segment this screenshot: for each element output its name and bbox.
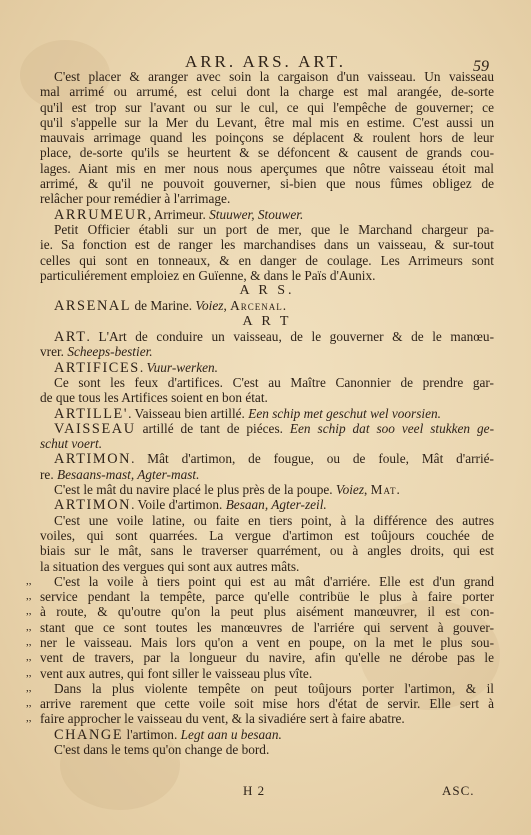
line-text: lages. Aiant mis en mer nous nous aperçu… [40,161,494,176]
entry-headword-line: ARRUMEUR, Arrimeur. Stuuwer, Stouwer. [40,207,494,222]
line-text: particuliérement emploiez en Guïenne, & … [40,268,375,283]
text-line: ,,C'est la voile à tiers point qui est a… [40,574,494,589]
text-line: lages. Aiant mis en mer nous nous aperçu… [40,161,494,176]
text-line: ,,vent aux autres, qui font siller le va… [40,666,494,681]
section-heading: A R T [40,314,494,329]
book-page: ARR. ARS. ART. 59 C'est placer & aranger… [0,0,531,835]
line-text: à route, & qu'outre qu'on la peut plus a… [40,604,494,619]
text-line: ,,service pendant la tempête, parce qu'e… [40,589,494,604]
quotation-mark: ,, [26,650,32,665]
line-text: C'est placer & aranger avec soin la carg… [54,69,494,84]
line-text: l'artimon. [123,727,180,742]
quotation-mark: ,, [26,696,32,711]
line-text: Ce sont les feux d'artifices. C'est au M… [54,375,494,390]
dutch-translation: Scheeps-bestier. [67,344,152,359]
text-line: mauvais arrimage quand les poinçons se d… [40,130,494,145]
text-line: ,,vent de travers, par la longueur du na… [40,650,494,665]
entry-headword-line: ARTILLE'. Vaisseau bien artillé. Een sch… [40,406,494,421]
entry-headword-line: VAISSEAU artillé de tant de piéces. Een … [40,421,494,436]
text-line: C'est le mât du navire placé le plus prè… [40,482,494,497]
line-text: C'est la voile à tiers point qui est au … [54,574,494,589]
text-line: celles qui sont en tonneaux, & en danger… [40,253,494,268]
quotation-mark: ,, [26,574,32,589]
dutch-translation: Voiez [336,482,364,497]
quotation-mark: ,, [26,589,32,604]
section-heading: A R S. [40,283,494,298]
text-line: relâcher pour remédier à l'arrimage. [40,191,494,206]
line-text: vent de travers, par la longueur du navi… [40,650,494,665]
text-line: C'est une voile latine, ou faite en tier… [40,513,494,528]
text-line: particuliérement emploiez en Guïenne, & … [40,268,494,283]
line-text: vrer. [40,344,67,359]
text-line: ,,ner le vaisseau. Mais lors qu'on a ven… [40,635,494,650]
line-text: faire approcher le vaisseau du vent, & l… [40,711,405,726]
line-text: la situation des vergues qui sont aux au… [40,559,299,574]
cross-reference: Arcenal. [230,298,287,313]
entry-headword-line: CHANGE l'artimon. Legt aan u besaan. [40,727,494,742]
headword: CHANGE [54,727,123,743]
text-line: ie. Sa fonction est de ranger les marcha… [40,237,494,252]
headword: ART [54,329,87,345]
cross-reference: Mat. [371,482,401,497]
catchword: ASC. [442,783,475,799]
line-text: relâcher pour remédier à l'arrimage. [40,191,230,206]
line-text: qu'il est trop sur l'avant ou sur le cul… [40,100,494,115]
text-line: biais sur le mât, sans le traverser quar… [40,543,494,558]
page-body: C'est placer & aranger avec soin la carg… [40,69,494,757]
text-line: mal arrimé ou arrumé, est celui dont la … [40,84,494,99]
text-line: schut voert. [40,436,494,451]
line-text: de Marine. [131,298,195,313]
line-text: service pendant la tempête, parce qu'ell… [40,589,494,604]
text-line: place, de-sorte qu'ils se heurtent & se … [40,145,494,160]
line-text: re. [40,467,57,482]
headword: VAISSEAU [54,421,136,437]
line-text: . [140,360,147,375]
text-line: C'est dans le tems qu'on change de bord. [40,742,494,757]
dutch-translation: Legt aan u besaan. [181,727,282,742]
line-text: . Mât d'artimon, de fougue, ou de foule,… [131,451,494,466]
entry-headword-line: ARSENAL de Marine. Voiez, Arcenal. [40,298,494,313]
signature-mark: H 2 [243,783,265,799]
text-line: ,,arrive rarement que cette voile soit m… [40,696,494,711]
entry-headword-line: ART. L'Art de conduire un vaisseau, de l… [40,329,494,344]
line-text: biais sur le mât, sans le traverser quar… [40,543,494,558]
text-line: qu'il est trop sur l'avant ou sur le cul… [40,100,494,115]
line-text: , [364,482,371,497]
dutch-translation: Voiez [195,298,223,313]
quotation-mark: ,, [26,681,32,696]
text-line: de que tous les Artifices soient en bon … [40,390,494,405]
line-text: . L'Art de conduire un vaisseau, de le g… [87,329,494,344]
line-text: C'est une voile latine, ou faite en tier… [54,513,494,528]
line-text: voiles, qui sont quarrées. La vergue d'a… [40,528,494,543]
line-text: . Voile d'artimon. [131,497,226,512]
line-text: C'est le mât du navire placé le plus prè… [54,482,336,497]
quotation-mark: ,, [26,604,32,619]
dutch-translation: Vuur-werken. [147,360,219,375]
line-text: arrimé, & qu'il ne pouvoit gouverner, si… [40,176,494,191]
entry-headword-line: ARTIMON. Voile d'artimon. Besaan, Agter-… [40,497,494,512]
line-text: mauvais arrimage quand les poinçons se d… [40,130,494,145]
headword: ARTIMON [54,497,131,513]
line-text: Dans la plus violente tempête on peut to… [54,681,494,696]
text-line: Petit Officier établi sur un port de mer… [40,222,494,237]
text-line: la situation des vergues qui sont aux au… [40,559,494,574]
headword: ARTILLE' [54,406,128,422]
text-line: ,,stant que ce sont toutes les manœuvres… [40,620,494,635]
text-line: arrimé, & qu'il ne pouvoit gouverner, si… [40,176,494,191]
text-line: voiles, qui sont quarrées. La vergue d'a… [40,528,494,543]
dutch-translation: Stuuwer, Stouwer. [209,207,303,222]
line-text: celles qui sont en tonneaux, & en danger… [40,253,494,268]
line-text: artillé de tant de piéces. [136,421,290,436]
entry-headword-line: ARTIFICES. Vuur-werken. [40,360,494,375]
dutch-translation: Besaans-mast, Agter-mast. [57,467,199,482]
line-text: . Vaisseau bien artillé. [128,406,248,421]
line-text: , Arrimeur. [148,207,209,222]
headword: ARSENAL [54,298,131,314]
text-line: qu'il s'appelle sur la Mer du Levant, êt… [40,115,494,130]
line-text: stant que ce sont toutes les manœuvres d… [40,620,494,635]
dutch-translation: Een schip met geschut wel voorsien. [248,406,441,421]
text-line: re. Besaans-mast, Agter-mast. [40,467,494,482]
headword: ARRUMEUR [54,207,148,223]
text-line: C'est placer & aranger avec soin la carg… [40,69,494,84]
dutch-translation: Besaan, Agter-zeil. [226,497,327,512]
line-text: C'est dans le tems qu'on change de bord. [54,742,269,757]
line-text: vent aux autres, qui font siller le vais… [40,666,312,681]
dutch-translation: schut voert. [40,436,102,451]
line-text: place, de-sorte qu'ils se heurtent & se … [40,145,494,160]
line-text: ie. Sa fonction est de ranger les marcha… [40,237,494,252]
line-text: ner le vaisseau. Mais lors qu'on a vent … [40,635,494,650]
quotation-mark: ,, [26,711,32,726]
line-text: mal arrimé ou arrumé, est celui dont la … [40,84,494,99]
line-text: Petit Officier établi sur un port de mer… [54,222,494,237]
line-text: de que tous les Artifices soient en bon … [40,390,268,405]
line-text: arrive rarement que cette voile soit mis… [40,696,494,711]
quotation-mark: ,, [26,635,32,650]
quotation-mark: ,, [26,620,32,635]
entry-headword-line: ARTIMON. Mât d'artimon, de fougue, ou de… [40,451,494,466]
quotation-mark: ,, [26,666,32,681]
text-line: vrer. Scheeps-bestier. [40,344,494,359]
headword: ARTIMON [54,451,131,467]
text-line: ,,Dans la plus violente tempête on peut … [40,681,494,696]
text-line: Ce sont les feux d'artifices. C'est au M… [40,375,494,390]
text-line: ,,faire approcher le vaisseau du vent, &… [40,711,494,726]
text-line: ,,à route, & qu'outre qu'on la peut plus… [40,604,494,619]
line-text: qu'il s'appelle sur la Mer du Levant, êt… [40,115,494,130]
dutch-translation: Een schip dat soo veel stukken ge- [290,421,494,436]
headword: ARTIFICES [54,360,140,376]
